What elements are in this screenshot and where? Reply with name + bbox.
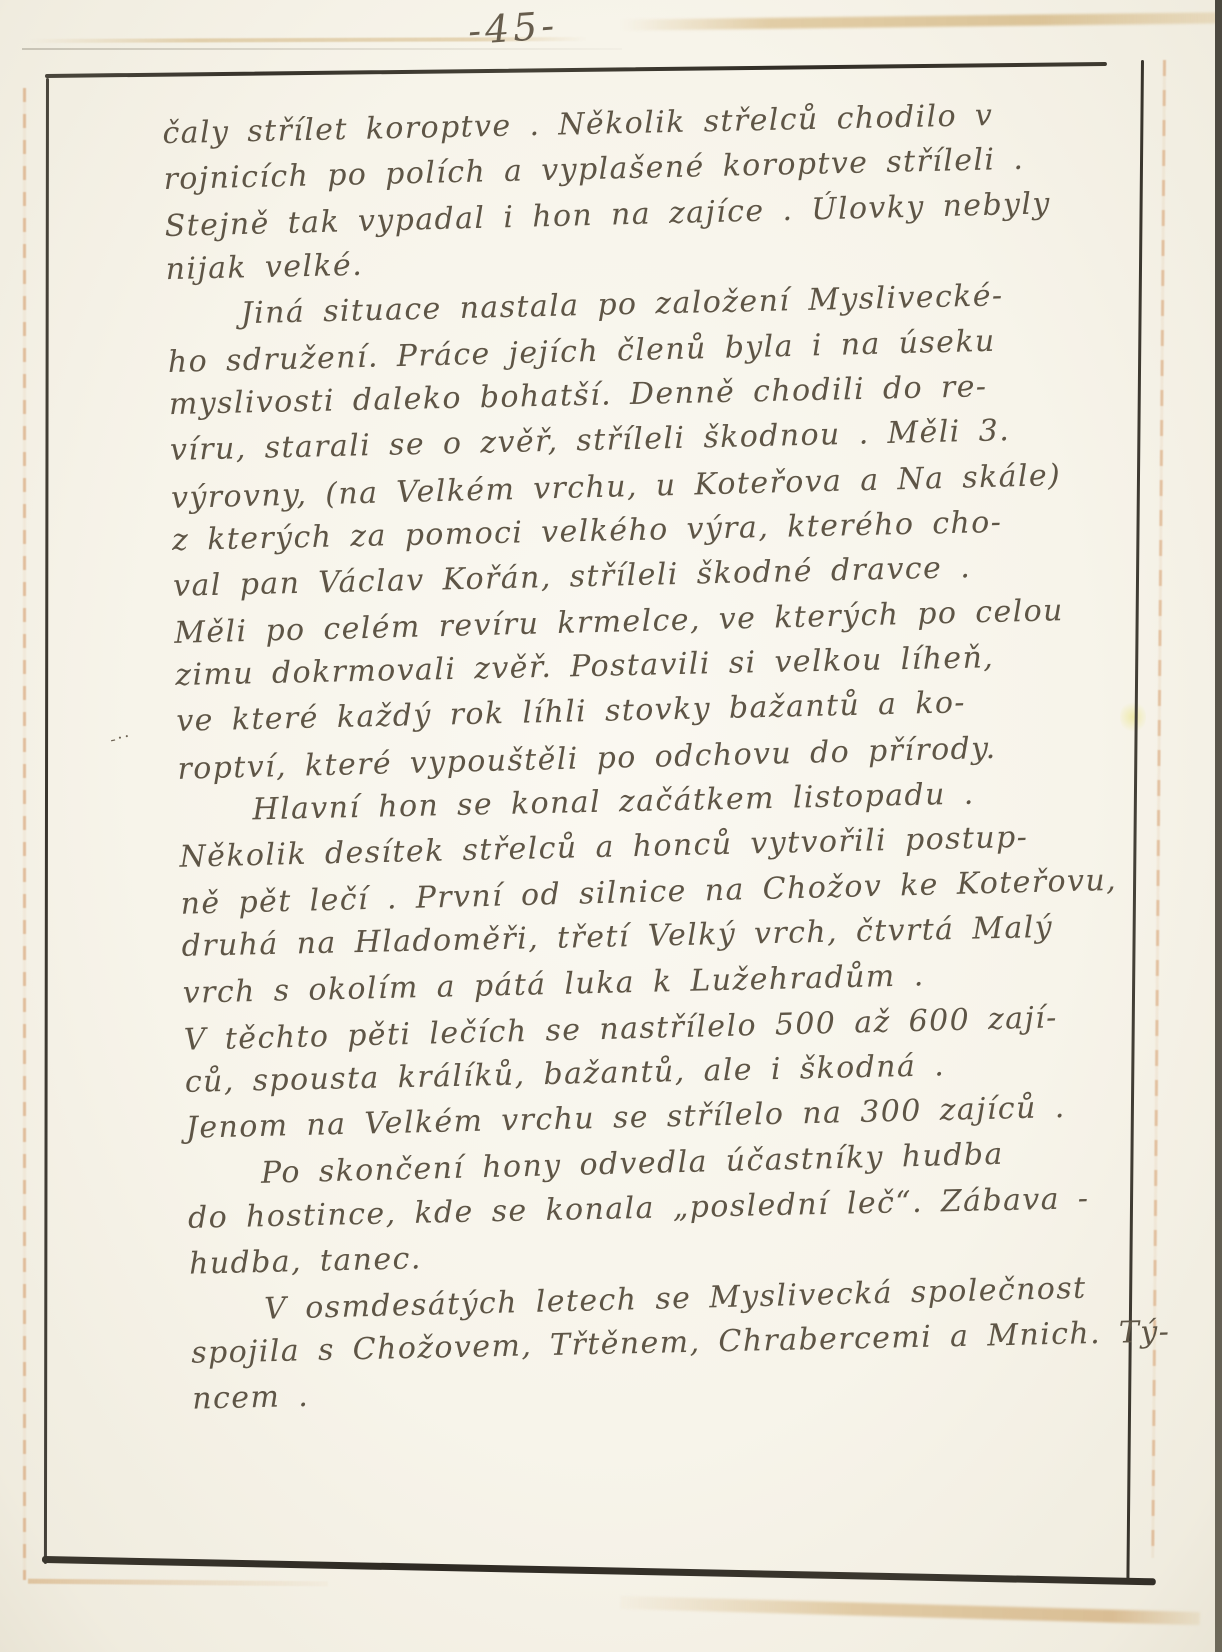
scan-streak-top-right [620,12,1220,30]
page-edge-shadow [1215,0,1222,1652]
frame-border-top [45,62,1107,78]
handwritten-text-block: čaly střílet koroptve . Několik střelců … [162,89,1158,1422]
scan-streak-bottom-right [620,1596,1200,1625]
frame-border-bottom [42,1556,1156,1585]
frame-border-left [44,78,49,1564]
scanned-page: -45- -·· čaly střílet koroptve . Několik… [0,0,1222,1652]
scan-edge-left [23,88,26,1580]
scan-streak-bottom-left [28,1579,328,1587]
page-number: -45- [467,3,560,53]
margin-mark: -·· [108,726,133,749]
